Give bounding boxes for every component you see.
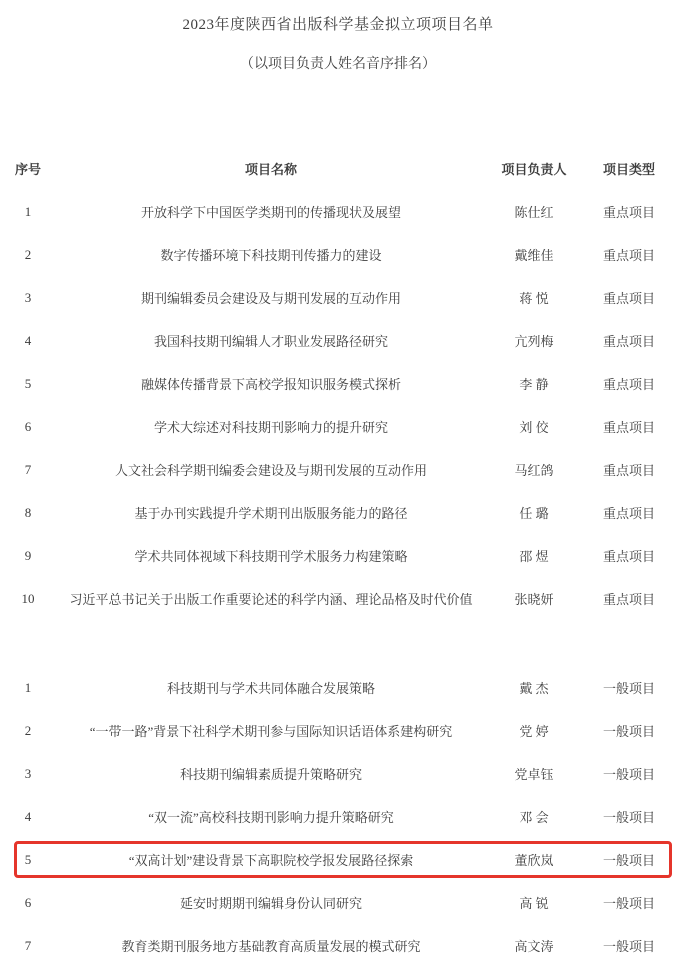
project-leader: 邓 会: [486, 807, 582, 826]
project-name: 融媒体传播背景下高校学报知识服务模式探析: [56, 374, 486, 393]
section-divider-gap: [0, 620, 676, 666]
table-row: 4 “双一流”高校科技期刊影响力提升策略研究 邓 会 一般项目: [0, 795, 676, 838]
project-leader: 蒋 悦: [486, 288, 582, 307]
project-name: 科技期刊与学术共同体融合发展策略: [56, 678, 486, 697]
project-name: “双高计划”建设背景下高职院校学报发展路径探索: [56, 850, 486, 869]
table-row: 2 “一带一路”背景下社科学术期刊参与国际知识话语体系建构研究 党 婷 一般项目: [0, 709, 676, 752]
project-type: 一般项目: [582, 850, 676, 869]
key-projects-section: 1 开放科学下中国医学类期刊的传播现状及展望 陈仕红 重点项目 2 数字传播环境…: [0, 190, 676, 620]
project-type: 一般项目: [582, 678, 676, 697]
project-type: 重点项目: [582, 546, 676, 565]
project-name: 科技期刊编辑素质提升策略研究: [56, 764, 486, 783]
header-no: 序号: [0, 159, 56, 178]
projects-table: 序号 项目名称 项目负责人 项目类型 1 开放科学下中国医学类期刊的传播现状及展…: [0, 147, 676, 967]
project-type: 重点项目: [582, 245, 676, 264]
project-name: 期刊编辑委员会建设及与期刊发展的互动作用: [56, 288, 486, 307]
project-type: 一般项目: [582, 807, 676, 826]
project-leader: 任 璐: [486, 503, 582, 522]
row-number: 3: [0, 290, 56, 306]
project-name: 习近平总书记关于出版工作重要论述的科学内涵、理论品格及时代价值: [56, 589, 486, 608]
project-name: 延安时期期刊编辑身份认同研究: [56, 893, 486, 912]
header-leader: 项目负责人: [486, 159, 582, 178]
row-number: 4: [0, 809, 56, 825]
table-row: 9 学术共同体视域下科技期刊学术服务力构建策略 邵 煜 重点项目: [0, 534, 676, 577]
row-number: 6: [0, 895, 56, 911]
row-number: 9: [0, 548, 56, 564]
header-type: 项目类型: [582, 159, 676, 178]
project-leader: 党卓钰: [486, 764, 582, 783]
general-projects-section: 1 科技期刊与学术共同体融合发展策略 戴 杰 一般项目 2 “一带一路”背景下社…: [0, 666, 676, 967]
table-row: 5 “双高计划”建设背景下高职院校学报发展路径探索 董欣岚 一般项目: [0, 838, 676, 881]
row-number: 8: [0, 505, 56, 521]
project-leader: 高文涛: [486, 936, 582, 955]
table-row: 7 人文社会科学期刊编委会建设及与期刊发展的互动作用 马红鸽 重点项目: [0, 448, 676, 491]
project-leader: 张晓妍: [486, 589, 582, 608]
project-type: 重点项目: [582, 374, 676, 393]
row-number: 10: [0, 591, 56, 607]
project-leader: 陈仕红: [486, 202, 582, 221]
project-leader: 戴 杰: [486, 678, 582, 697]
project-leader: 党 婷: [486, 721, 582, 740]
row-number: 4: [0, 333, 56, 349]
project-leader: 董欣岚: [486, 850, 582, 869]
page-subtitle: （以项目负责人姓名音序排名）: [0, 54, 676, 75]
project-type: 重点项目: [582, 589, 676, 608]
row-number: 5: [0, 376, 56, 392]
project-type: 一般项目: [582, 893, 676, 912]
project-type: 重点项目: [582, 288, 676, 307]
project-type: 重点项目: [582, 417, 676, 436]
project-name: “双一流”高校科技期刊影响力提升策略研究: [56, 807, 486, 826]
table-row: 3 科技期刊编辑素质提升策略研究 党卓钰 一般项目: [0, 752, 676, 795]
project-leader: 高 锐: [486, 893, 582, 912]
table-row: 7 教育类期刊服务地方基础教育高质量发展的模式研究 高文涛 一般项目: [0, 924, 676, 967]
row-number: 1: [0, 680, 56, 696]
table-row: 2 数字传播环境下科技期刊传播力的建设 戴维佳 重点项目: [0, 233, 676, 276]
table-row: 6 延安时期期刊编辑身份认同研究 高 锐 一般项目: [0, 881, 676, 924]
row-number: 7: [0, 462, 56, 478]
table-row: 4 我国科技期刊编辑人才职业发展路径研究 亢列梅 重点项目: [0, 319, 676, 362]
project-leader: 戴维佳: [486, 245, 582, 264]
row-number: 1: [0, 204, 56, 220]
project-type: 一般项目: [582, 764, 676, 783]
row-number: 2: [0, 247, 56, 263]
table-row: 3 期刊编辑委员会建设及与期刊发展的互动作用 蒋 悦 重点项目: [0, 276, 676, 319]
row-number: 3: [0, 766, 56, 782]
project-type: 重点项目: [582, 460, 676, 479]
table-row: 8 基于办刊实践提升学术期刊出版服务能力的路径 任 璐 重点项目: [0, 491, 676, 534]
table-row: 5 融媒体传播背景下高校学报知识服务模式探析 李 静 重点项目: [0, 362, 676, 405]
project-name: 教育类期刊服务地方基础教育高质量发展的模式研究: [56, 936, 486, 955]
project-leader: 邵 煜: [486, 546, 582, 565]
project-name: “一带一路”背景下社科学术期刊参与国际知识话语体系建构研究: [56, 721, 486, 740]
table-row: 6 学术大综述对科技期刊影响力的提升研究 刘 佼 重点项目: [0, 405, 676, 448]
table-row: 1 科技期刊与学术共同体融合发展策略 戴 杰 一般项目: [0, 666, 676, 709]
row-number: 2: [0, 723, 56, 739]
project-leader: 刘 佼: [486, 417, 582, 436]
project-name: 学术共同体视域下科技期刊学术服务力构建策略: [56, 546, 486, 565]
row-number: 6: [0, 419, 56, 435]
project-name: 人文社会科学期刊编委会建设及与期刊发展的互动作用: [56, 460, 486, 479]
project-type: 重点项目: [582, 202, 676, 221]
project-name: 数字传播环境下科技期刊传播力的建设: [56, 245, 486, 264]
document-page: 2023年度陕西省出版科学基金拟立项项目名单 （以项目负责人姓名音序排名） 序号…: [0, 14, 676, 967]
page-title: 2023年度陕西省出版科学基金拟立项项目名单: [0, 14, 676, 36]
header-name: 项目名称: [56, 159, 486, 178]
project-type: 一般项目: [582, 936, 676, 955]
table-header-row: 序号 项目名称 项目负责人 项目类型: [0, 147, 676, 190]
project-leader: 李 静: [486, 374, 582, 393]
row-number: 7: [0, 938, 56, 954]
project-name: 我国科技期刊编辑人才职业发展路径研究: [56, 331, 486, 350]
project-leader: 马红鸽: [486, 460, 582, 479]
project-name: 学术大综述对科技期刊影响力的提升研究: [56, 417, 486, 436]
project-leader: 亢列梅: [486, 331, 582, 350]
project-name: 开放科学下中国医学类期刊的传播现状及展望: [56, 202, 486, 221]
project-type: 重点项目: [582, 331, 676, 350]
table-row: 10 习近平总书记关于出版工作重要论述的科学内涵、理论品格及时代价值 张晓妍 重…: [0, 577, 676, 620]
project-name: 基于办刊实践提升学术期刊出版服务能力的路径: [56, 503, 486, 522]
row-number: 5: [0, 852, 56, 868]
project-type: 重点项目: [582, 503, 676, 522]
project-type: 一般项目: [582, 721, 676, 740]
table-row: 1 开放科学下中国医学类期刊的传播现状及展望 陈仕红 重点项目: [0, 190, 676, 233]
